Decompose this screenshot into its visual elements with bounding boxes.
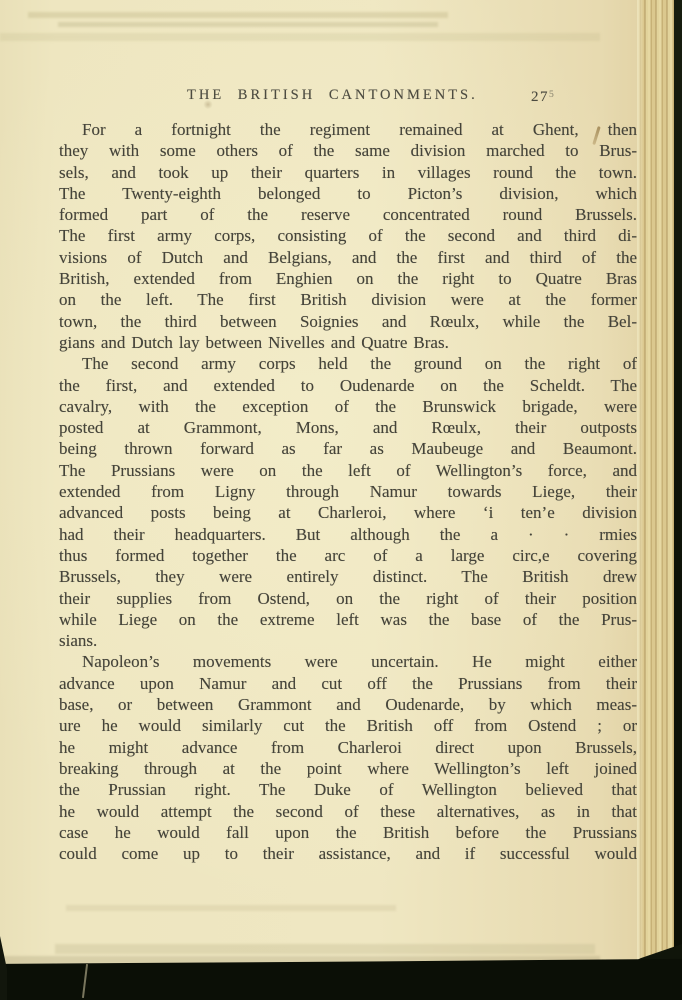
text-line: he might advance from Charleroi direct u… xyxy=(59,737,637,758)
text-line: For a fortnight the regiment remained at… xyxy=(59,119,637,140)
book-cover-bottom-edge xyxy=(0,958,682,1000)
text-line: they with some others of the same divisi… xyxy=(59,140,637,161)
text-line: The first army corps, consisting of the … xyxy=(59,225,637,246)
text-line: town, the third between Soignies and Rœu… xyxy=(59,311,637,332)
text-line: their supplies from Ostend, on the right… xyxy=(59,588,637,609)
text-line: visions of Dutch and Belgians, and the f… xyxy=(59,247,637,268)
text-line: being thrown forward as far as Maubeuge … xyxy=(59,438,637,459)
text-line: The Prussians were on the left of Wellin… xyxy=(59,460,637,481)
text-line: sians. xyxy=(59,630,637,651)
text-line: Brussels, they were entirely distinct. T… xyxy=(59,566,637,587)
text-line: the first, and extended to Oudenarde on … xyxy=(59,375,637,396)
scan-streak xyxy=(58,22,438,27)
text-line: he would attempt the second of these alt… xyxy=(59,801,637,822)
text-line: posted at Grammont, Mons, and Rœulx, the… xyxy=(59,417,637,438)
scan-streak xyxy=(55,944,595,954)
page-number-faded-digit: 5 xyxy=(549,90,554,100)
book-cover-left-sliver xyxy=(0,936,7,1000)
text-line: ure he would similarly cut the British o… xyxy=(59,715,637,736)
text-line: The second army corps held the ground on… xyxy=(59,353,637,374)
text-line: sels, and took up their quarters in vill… xyxy=(59,162,637,183)
text-line: case he would fall upon the British befo… xyxy=(59,822,637,843)
page-edge-stack xyxy=(637,0,675,966)
page-text: For a fortnight the regiment remained at… xyxy=(59,119,637,864)
scanned-book-page: THE BRITISH CANTONMENTS. 275 For a fortn… xyxy=(0,0,682,1000)
scan-streak xyxy=(66,905,396,911)
text-line: had their headquarters. But although the… xyxy=(59,524,637,545)
page-number: 275 xyxy=(531,89,554,106)
text-line: British, extended from Enghien on the ri… xyxy=(59,268,637,289)
scan-streak xyxy=(28,12,448,18)
text-line: Napoleon’s movements were uncertain. He … xyxy=(59,651,637,672)
text-line: base, or between Grammont and Oudenarde,… xyxy=(59,694,637,715)
text-line: on the left. The first British division … xyxy=(59,289,637,310)
scan-streak xyxy=(0,33,600,41)
running-header: THE BRITISH CANTONMENTS. xyxy=(187,87,478,104)
text-line: advanced posts being at Charleroi, where… xyxy=(59,502,637,523)
book-cover-right-edge xyxy=(674,0,682,1000)
text-line: breaking through at the point where Well… xyxy=(59,758,637,779)
text-line: advance upon Namur and cut off the Pruss… xyxy=(59,673,637,694)
text-line: the Prussian right. The Duke of Wellingt… xyxy=(59,779,637,800)
text-line: gians and Dutch lay between Nivelles and… xyxy=(59,332,637,353)
text-line: cavalry, with the exception of the Bruns… xyxy=(59,396,637,417)
text-line: The Twenty-eighth belonged to Picton’s d… xyxy=(59,183,637,204)
page-number-main: 27 xyxy=(531,89,549,105)
text-line: extended from Ligny through Namur toward… xyxy=(59,481,637,502)
text-line: could come up to their assistance, and i… xyxy=(59,843,637,864)
text-line: while Liege on the extreme left was the … xyxy=(59,609,637,630)
text-line: thus formed together the arc of a large … xyxy=(59,545,637,566)
text-line: formed part of the reserve concentrated … xyxy=(59,204,637,225)
